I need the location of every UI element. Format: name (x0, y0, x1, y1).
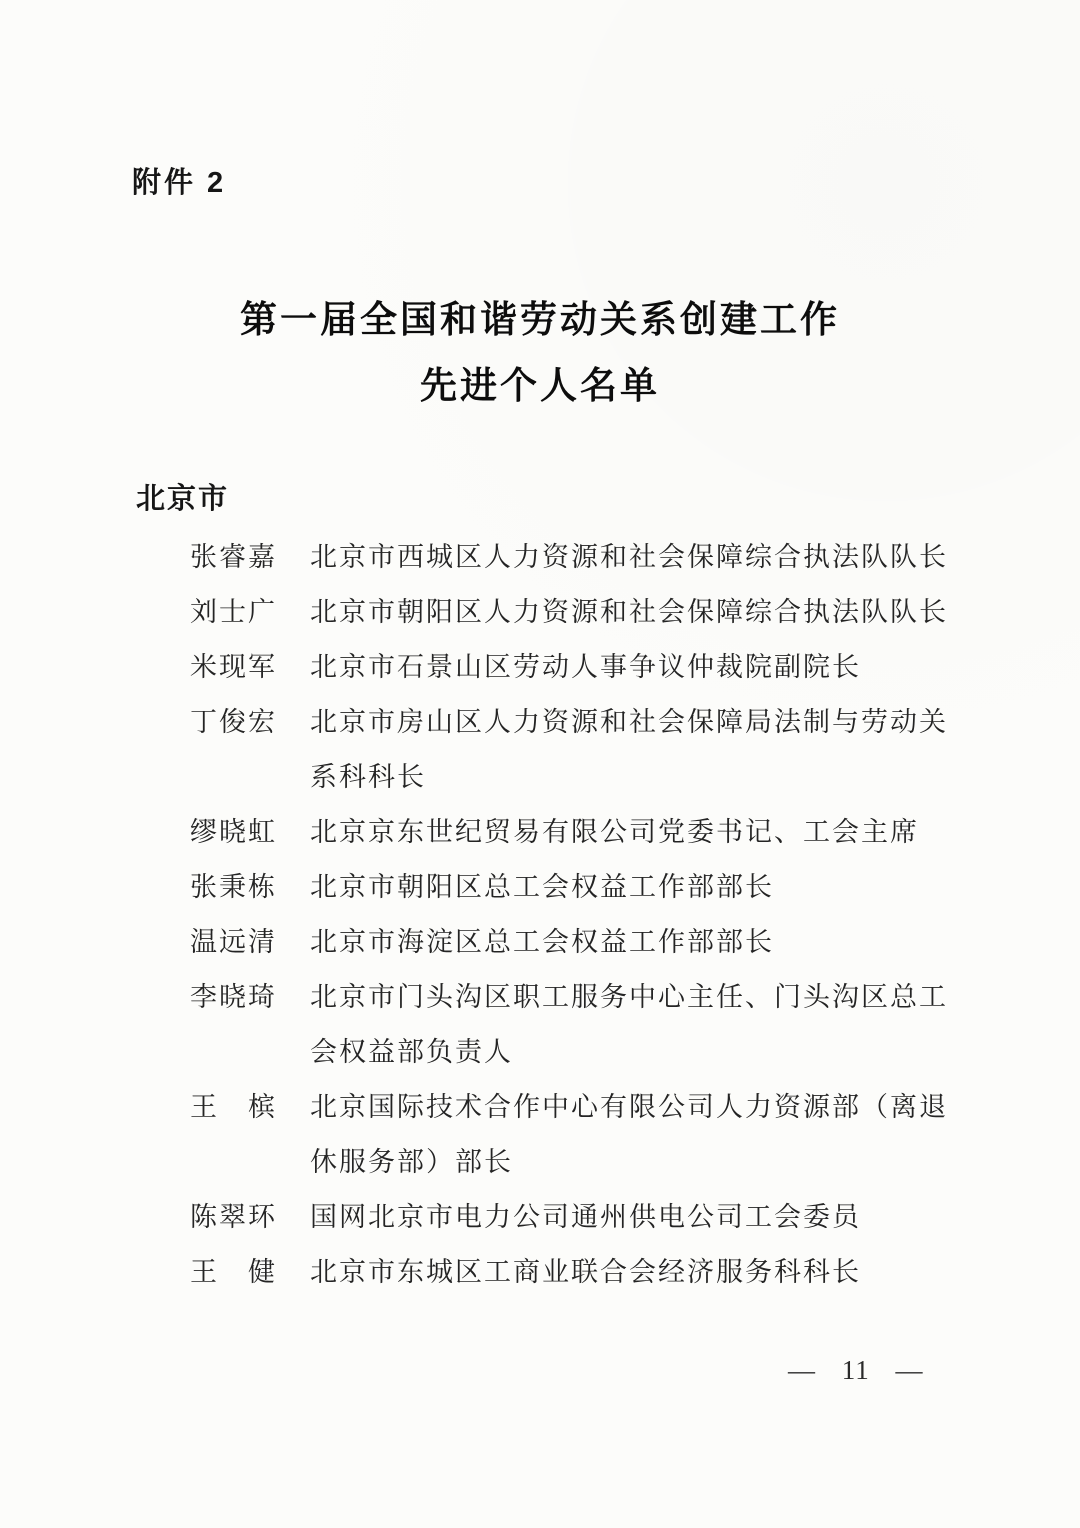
person-name: 李晓琦 (190, 970, 278, 1025)
list-item: 刘士广 北京市朝阳区人力资源和社会保障综合执法队队长 (190, 585, 1080, 640)
document-title-line1: 第一届全国和谐劳动关系创建工作 (0, 288, 1080, 354)
person-list: 张睿嘉 北京市西城区人力资源和社会保障综合执法队队长 刘士广 北京市朝阳区人力资… (0, 530, 1080, 1300)
list-item: 王 健 北京市东城区工商业联合会经济服务科科长 (190, 1245, 1080, 1300)
person-title: 北京京东世纪贸易有限公司党委书记、工会主席 (310, 805, 950, 860)
list-item: 张睿嘉 北京市西城区人力资源和社会保障综合执法队队长 (190, 530, 1080, 585)
person-name: 刘士广 (190, 585, 278, 640)
person-title: 北京市石景山区劳动人事争议仲裁院副院长 (310, 640, 950, 695)
document-page: 附件 2 第一届全国和谐劳动关系创建工作 先进个人名单 北京市 张睿嘉 北京市西… (0, 0, 1080, 1528)
list-item: 米现军 北京市石景山区劳动人事争议仲裁院副院长 (190, 640, 1080, 695)
person-title: 北京市海淀区总工会权益工作部部长 (310, 915, 950, 970)
person-name: 张睿嘉 (190, 530, 278, 585)
list-item: 缪晓虹 北京京东世纪贸易有限公司党委书记、工会主席 (190, 805, 1080, 860)
person-title: 北京市门头沟区职工服务中心主任、门头沟区总工会权益部负责人 (310, 970, 950, 1080)
list-item: 王 槟 北京国际技术合作中心有限公司人力资源部（离退休服务部）部长 (190, 1080, 1080, 1190)
document-title-line2: 先进个人名单 (0, 354, 1080, 420)
attachment-label: 附件 2 (0, 0, 1080, 200)
list-item: 陈翠环 国网北京市电力公司通州供电公司工会委员 (190, 1190, 1080, 1245)
list-item: 张秉栋 北京市朝阳区总工会权益工作部部长 (190, 860, 1080, 915)
person-name: 王 槟 (190, 1080, 278, 1135)
person-name: 丁俊宏 (190, 695, 278, 750)
document-title: 第一届全国和谐劳动关系创建工作 先进个人名单 (0, 288, 1080, 420)
person-title: 北京市朝阳区总工会权益工作部部长 (310, 860, 950, 915)
person-title: 北京市西城区人力资源和社会保障综合执法队队长 (310, 530, 950, 585)
person-name: 陈翠环 (190, 1190, 278, 1245)
person-name: 米现军 (190, 640, 278, 695)
person-title: 北京市朝阳区人力资源和社会保障综合执法队队长 (310, 585, 950, 640)
person-name: 王 健 (190, 1245, 278, 1300)
person-name: 温远清 (190, 915, 278, 970)
person-name: 缪晓虹 (190, 805, 278, 860)
person-title: 国网北京市电力公司通州供电公司工会委员 (310, 1190, 950, 1245)
list-item: 温远清 北京市海淀区总工会权益工作部部长 (190, 915, 1080, 970)
person-title: 北京国际技术合作中心有限公司人力资源部（离退休服务部）部长 (310, 1080, 950, 1190)
page-number: — 11 — (788, 1355, 924, 1386)
list-item: 丁俊宏 北京市房山区人力资源和社会保障局法制与劳动关系科科长 (190, 695, 1080, 805)
person-name: 张秉栋 (190, 860, 278, 915)
person-title: 北京市东城区工商业联合会经济服务科科长 (310, 1245, 950, 1300)
section-region-heading: 北京市 (136, 482, 1080, 516)
person-title: 北京市房山区人力资源和社会保障局法制与劳动关系科科长 (310, 695, 950, 805)
list-item: 李晓琦 北京市门头沟区职工服务中心主任、门头沟区总工会权益部负责人 (190, 970, 1080, 1080)
